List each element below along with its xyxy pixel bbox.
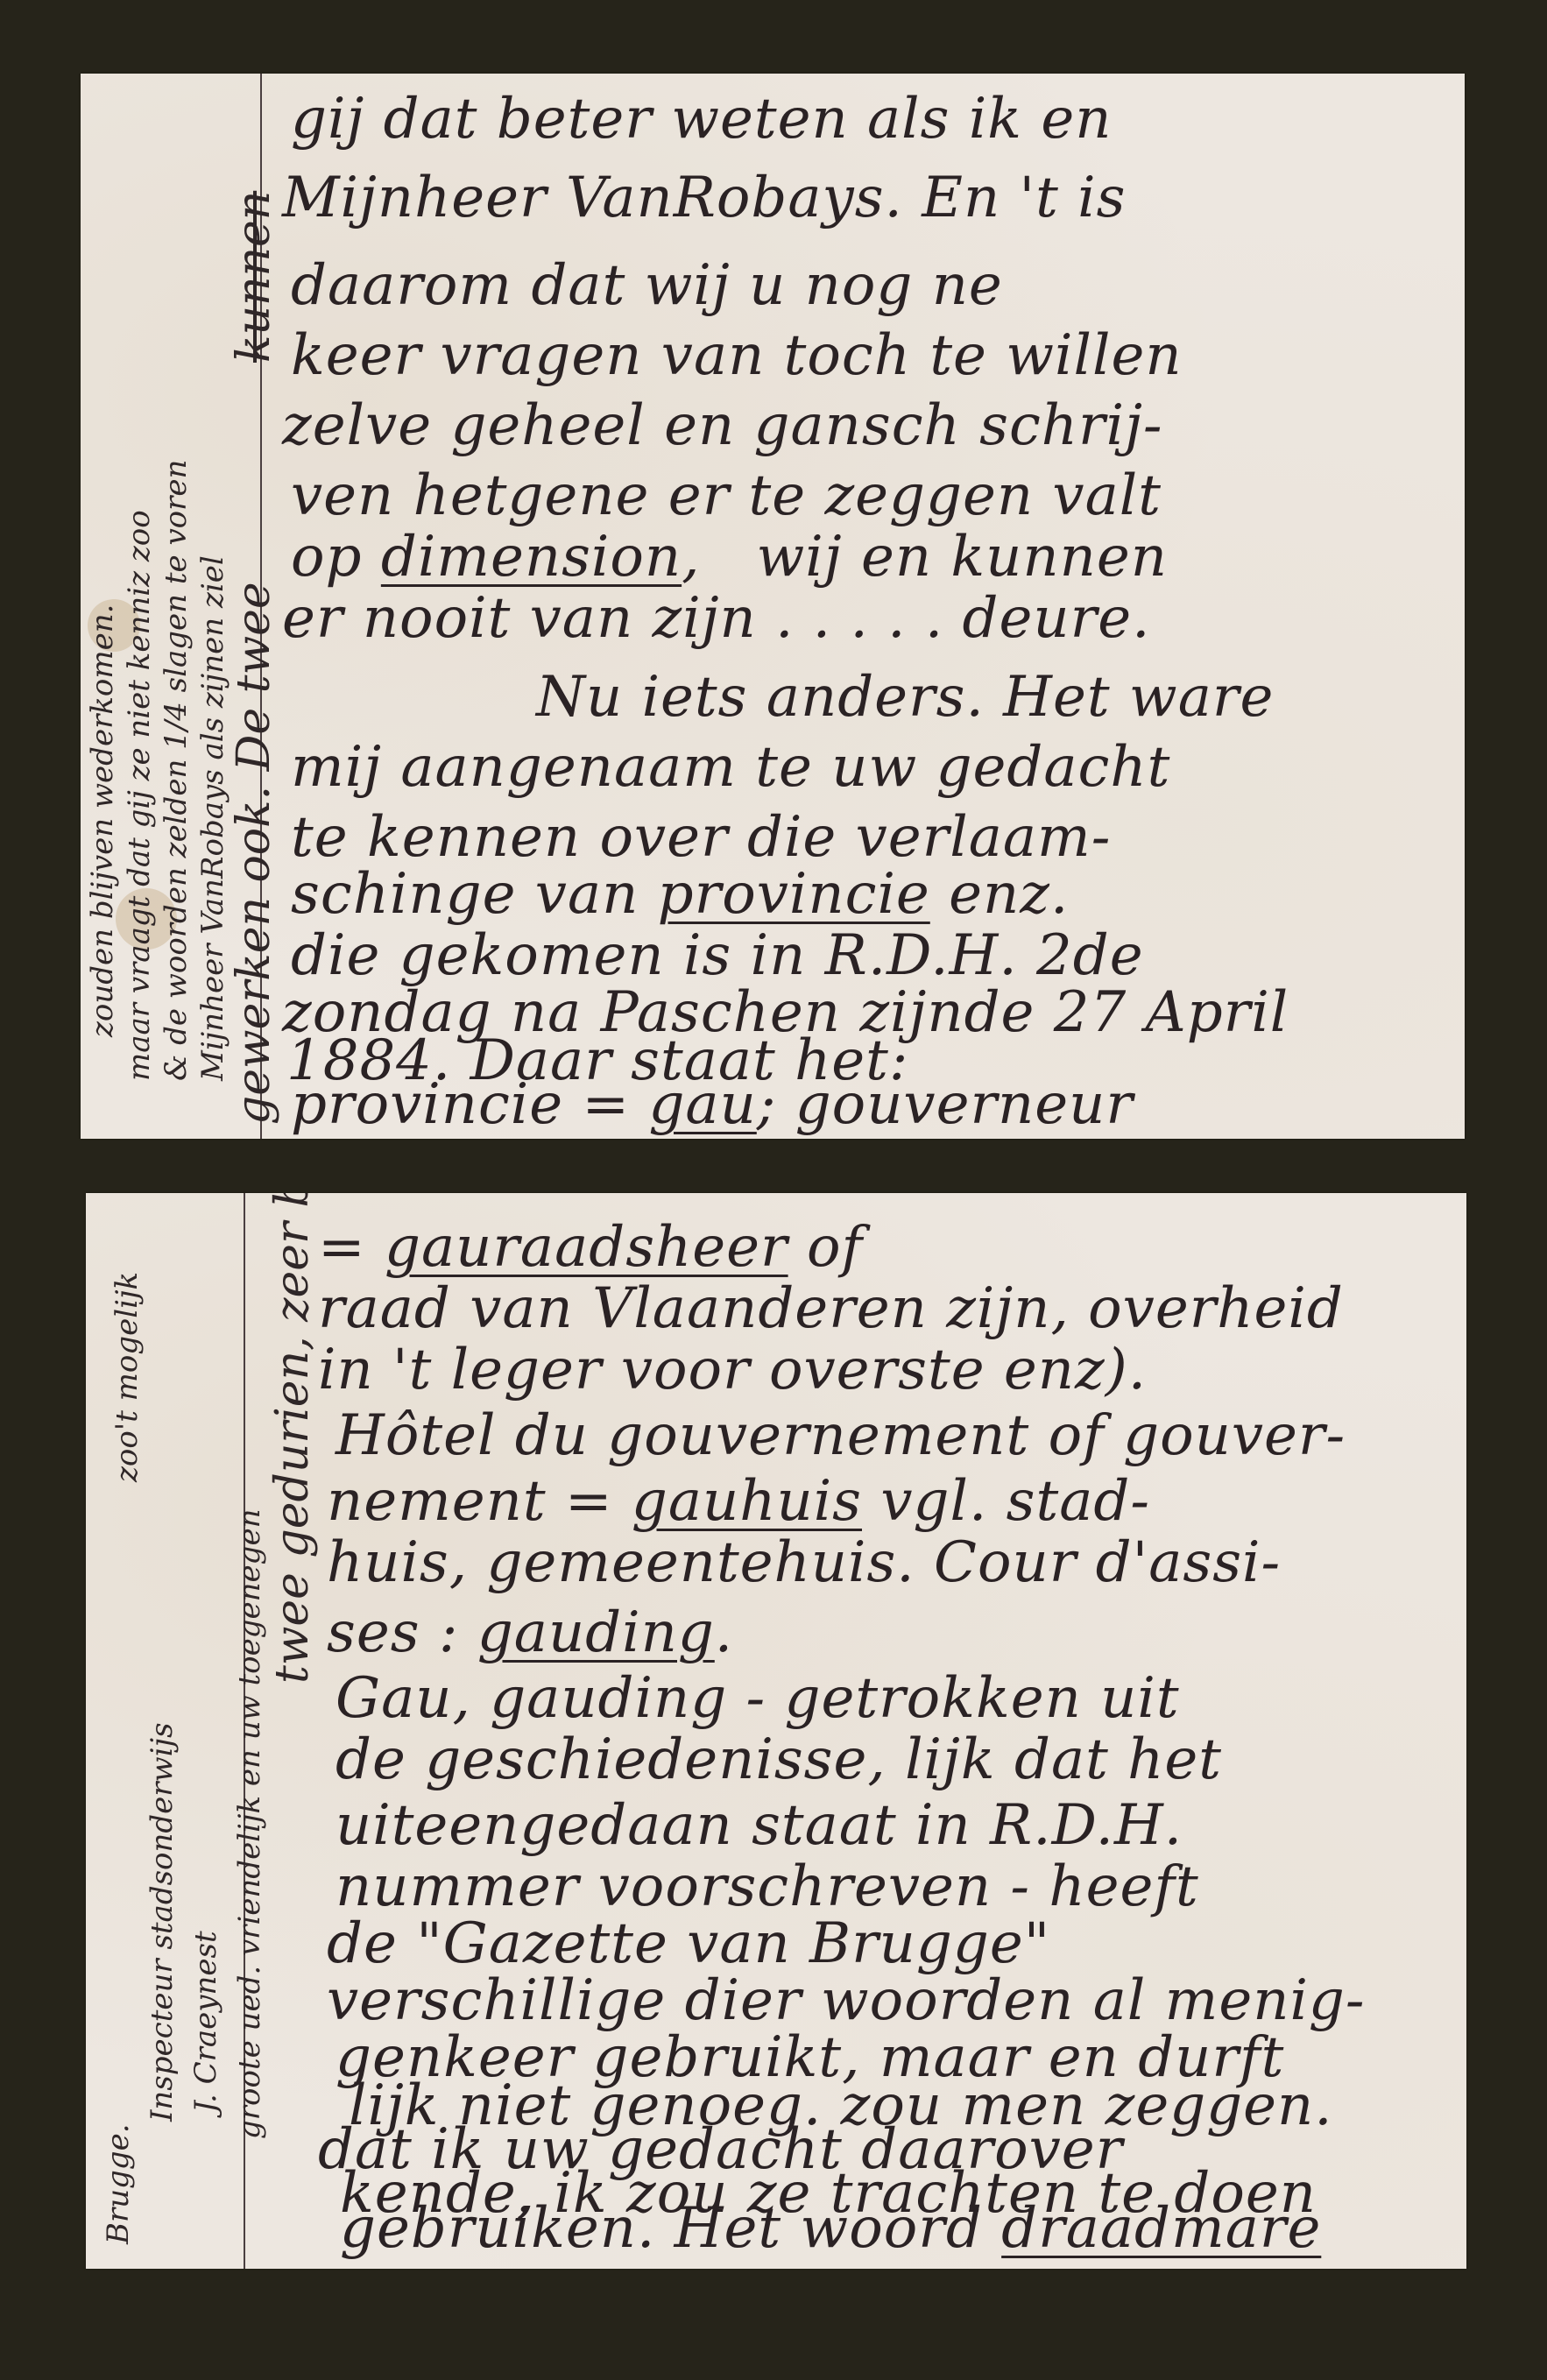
body-word: ; gouverneur	[757, 1072, 1134, 1137]
margin-note-line: maar vraagt dat gij ze niet kenniz zoo	[124, 510, 154, 1081]
body-line: op dimension, wij en kunnen	[291, 529, 1168, 585]
underlined-word: gauding	[477, 1600, 715, 1665]
underlined-word: provincie	[658, 862, 930, 927]
body-word: gebruiken. Het woord	[340, 2196, 1001, 2261]
margin-closing-line: twee gedurien, zeer bedig.	[270, 1193, 315, 1684]
body-line: Nu iets anders. Het ware	[536, 669, 1274, 725]
margin-continuation: gewerken ook. De twee	[231, 582, 277, 1125]
underlined-word: gauhuis	[632, 1469, 862, 1534]
body-line: uiteengedaan staat in R.D.H.	[336, 1797, 1183, 1854]
body-line: zelve geheel en gansch schrij-	[282, 398, 1163, 454]
margin-closing-line: groote ued. vriendelijk en uw toegenegen	[235, 1509, 265, 2139]
underlined-word: gau	[648, 1072, 756, 1137]
margin-note-boxed: zoo't mogelijk	[112, 1272, 142, 1482]
body-word: ses :	[327, 1600, 477, 1665]
body-line: in 't leger voor overste enz).	[318, 1342, 1147, 1398]
body-line: de geschiedenisse, lijk dat het	[336, 1732, 1222, 1788]
body-word: op	[291, 525, 381, 590]
body-word: provincie =	[291, 1072, 648, 1137]
body-line: er nooit van zijn . . . . . deure.	[282, 590, 1150, 646]
body-line: mij aangenaam te uw gedacht	[291, 739, 1170, 795]
body-line: = gauraadsheer of	[318, 1219, 863, 1275]
body-word: vgl. stad-	[862, 1469, 1150, 1534]
body-word: =	[318, 1215, 385, 1280]
margin-note-line: Mijnheer VanRobays als zijnen ziel	[198, 555, 228, 1081]
body-line: Hôtel du gouvernement of gouver-	[336, 1408, 1346, 1464]
body-line: die gekomen is in R.D.H. 2de	[291, 928, 1144, 984]
signature-title: Inspecteur stadsonderwijs	[147, 1722, 177, 2122]
body-word: , wij en kunnen	[682, 525, 1168, 590]
body-line: gebruiken. Het woord draadmare	[340, 2200, 1321, 2256]
body-line: Gau, gauding - getrokken uit	[336, 1670, 1180, 1727]
margin-note-line: zouden blijven wederkomen.	[88, 604, 117, 1037]
body-line: ses : gauding.	[327, 1605, 733, 1661]
body-line: nement = gauhuis vgl. stad-	[327, 1473, 1150, 1529]
body-word: nement =	[327, 1469, 632, 1534]
body-line: schinge van provincie enz.	[291, 866, 1069, 922]
body-line: huis, gemeentehuis. Cour d'assi-	[327, 1535, 1281, 1591]
body-word: schinge van	[291, 862, 658, 927]
body-word: of	[788, 1215, 864, 1280]
letter-sheet-2: zoo't mogelijk twee gedurien, zeer bedig…	[86, 1193, 1466, 2269]
body-line: nummer voorschreven - heeft	[336, 1859, 1199, 1915]
signature-name: J. Craeynest	[191, 1931, 221, 2113]
struck-margin-word: kunnen	[231, 191, 277, 363]
body-line: te kennen over die verlaam-	[291, 809, 1111, 865]
underlined-word: draadmare	[1001, 2196, 1321, 2261]
margin-note-line: & de woorden zelden 1/4 slagen te voren	[161, 460, 191, 1081]
underlined-word: dimension	[381, 525, 682, 590]
body-word: .	[715, 1600, 733, 1665]
letter-sheet-1: zouden blijven wederkomen. maar vraagt d…	[81, 74, 1465, 1139]
body-word: enz.	[930, 862, 1070, 927]
signature-place: Brugge.	[103, 2123, 133, 2244]
underlined-word: gauraadsheer	[385, 1215, 788, 1280]
body-line: ven hetgene er te zeggen valt	[291, 468, 1162, 524]
body-line: gij dat beter weten als ik en	[291, 91, 1113, 147]
body-line: raad van Vlaanderen zijn, overheid	[318, 1281, 1344, 1337]
body-line: de "Gazette van Brugge"	[327, 1916, 1050, 1972]
body-line: keer vragen van toch te willen	[291, 328, 1183, 384]
body-line: daarom dat wij u nog ne	[291, 258, 1003, 314]
body-line: provincie = gau; gouverneur	[291, 1077, 1134, 1133]
body-line: verschillige dier woorden al menig-	[327, 1973, 1366, 2029]
body-line: Mijnheer VanRobays. En 't is	[282, 170, 1126, 226]
